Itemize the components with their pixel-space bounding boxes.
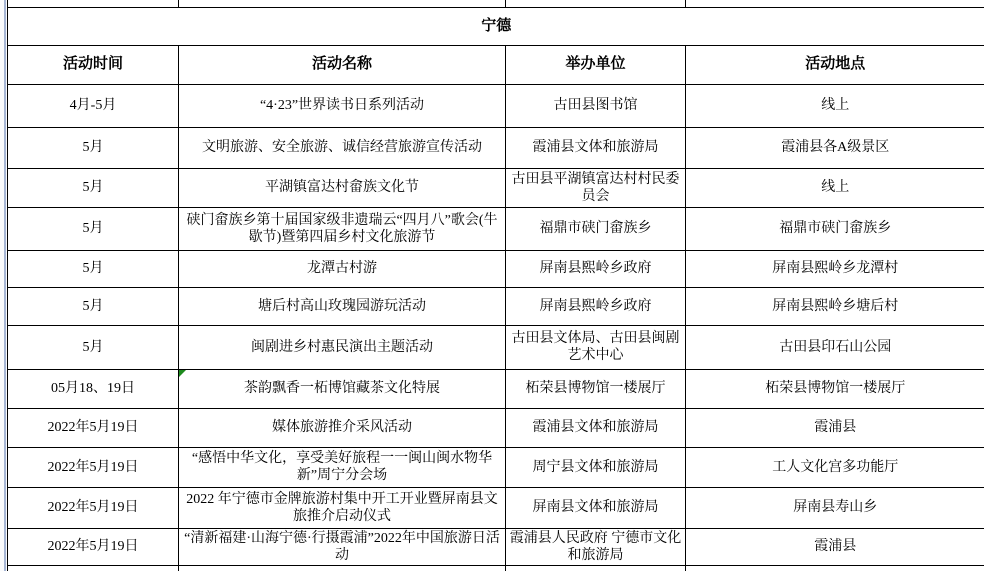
activities-table: 宁德 活动时间 活动名称 举办单位 活动地点 4月-5月 “4·23”世界读书日…: [7, 0, 984, 571]
cell-location[interactable]: 线上: [686, 168, 984, 207]
cell-time[interactable]: 4月-5月: [8, 84, 179, 127]
table-row: 2022年5月19日 2022 年宁德市金牌旅游村集中开工开业暨屏南县文旅推介启…: [8, 487, 984, 528]
cell-empty: [686, 0, 984, 7]
cell-organizer[interactable]: 霞浦县人民政府 宁德市文化和旅游局: [506, 528, 686, 565]
cell-name[interactable]: “4·23”世界读书日系列活动: [179, 84, 506, 127]
sheet-edge-column: [0, 0, 7, 571]
cell-location[interactable]: 霞浦县: [686, 408, 984, 447]
table-row-cutoff-top: [8, 0, 984, 7]
cell-organizer[interactable]: 霞浦县文体和旅游局: [506, 127, 686, 168]
cell-time[interactable]: 5月: [8, 207, 179, 250]
table-row: 5月 塘后村高山玫瑰园游玩活动 屏南县熙岭乡政府 屏南县熙岭乡塘后村: [8, 287, 984, 325]
cell-name[interactable]: 闽剧进乡村惠民演出主题活动: [179, 325, 506, 369]
cell-organizer[interactable]: 周宁县文体和旅游局: [506, 447, 686, 487]
cell-time[interactable]: 5月: [8, 127, 179, 168]
table-row: 5月 闽剧进乡村惠民演出主题活动 古田县文体局、古田县闽剧艺术中心 古田县印石山…: [8, 325, 984, 369]
cell-organizer[interactable]: 福鼎市硖门畲族乡: [506, 207, 686, 250]
table-row: 5月 平湖镇富达村畲族文化节 古田县平湖镇富达村村民委员会 线上: [8, 168, 984, 207]
cell-time[interactable]: 5月: [8, 168, 179, 207]
region-title[interactable]: 宁德: [8, 7, 984, 45]
cell-name[interactable]: 茶韵飘香一柘博馆藏茶文化特展: [179, 369, 506, 408]
cell-time[interactable]: 5月: [8, 287, 179, 325]
cell-location[interactable]: 线上: [686, 84, 984, 127]
cell-empty: [506, 0, 686, 7]
cell-location[interactable]: 古田县印石山公园: [686, 325, 984, 369]
table-row: 2022年5月19日 “感悟中华文化，享受美好旅程一一闽山闽水物华新”周宁分会场…: [8, 447, 984, 487]
table-row: 2022年5月19日 “清新福建·山海宁德·行摄霞浦”2022年中国旅游日活动 …: [8, 528, 984, 565]
sheet-edge-line: [4, 0, 6, 571]
cell-empty: [686, 565, 984, 571]
cell-organizer[interactable]: 柘荣县博物馆一楼展厅: [506, 369, 686, 408]
table-row: 5月 龙潭古村游 屏南县熙岭乡政府 屏南县熙岭乡龙潭村: [8, 250, 984, 287]
cell-empty: [179, 0, 506, 7]
column-header-location[interactable]: 活动地点: [686, 45, 984, 84]
cell-empty: [8, 565, 179, 571]
cell-name[interactable]: 平湖镇富达村畲族文化节: [179, 168, 506, 207]
cell-name[interactable]: 硖门畲族乡第十届国家级非遗瑞云“四月八”歌会(牛歇节)暨第四届乡村文化旅游节: [179, 207, 506, 250]
cell-name[interactable]: 龙潭古村游: [179, 250, 506, 287]
cell-time[interactable]: 5月: [8, 325, 179, 369]
cell-comment-flag-icon: [179, 370, 186, 377]
cell-name[interactable]: 文明旅游、安全旅游、诚信经营旅游宣传活动: [179, 127, 506, 168]
cell-organizer[interactable]: 古田县平湖镇富达村村民委员会: [506, 168, 686, 207]
cell-location[interactable]: 屏南县寿山乡: [686, 487, 984, 528]
cell-location[interactable]: 霞浦县: [686, 528, 984, 565]
cell-organizer[interactable]: 屏南县熙岭乡政府: [506, 287, 686, 325]
table-row: 5月 硖门畲族乡第十届国家级非遗瑞云“四月八”歌会(牛歇节)暨第四届乡村文化旅游…: [8, 207, 984, 250]
table-row: 2022年5月19日 媒体旅游推介采风活动 霞浦县文体和旅游局 霞浦县: [8, 408, 984, 447]
cell-location[interactable]: 福鼎市硖门畲族乡: [686, 207, 984, 250]
cell-organizer[interactable]: 屏南县文体和旅游局: [506, 487, 686, 528]
cell-empty: [506, 565, 686, 571]
table-row-cutoff-bottom: [8, 565, 984, 571]
cell-time[interactable]: 2022年5月19日: [8, 528, 179, 565]
cell-time[interactable]: 5月: [8, 250, 179, 287]
cell-name[interactable]: 塘后村高山玫瑰园游玩活动: [179, 287, 506, 325]
cell-location[interactable]: 工人文化宫多功能厅: [686, 447, 984, 487]
cell-location[interactable]: 屏南县熙岭乡龙潭村: [686, 250, 984, 287]
table-row: 05月18、19日 茶韵飘香一柘博馆藏茶文化特展 柘荣县博物馆一楼展厅 柘荣县博…: [8, 369, 984, 408]
cell-empty: [8, 0, 179, 7]
cell-name[interactable]: “清新福建·山海宁德·行摄霞浦”2022年中国旅游日活动: [179, 528, 506, 565]
header-row: 活动时间 活动名称 举办单位 活动地点: [8, 45, 984, 84]
cell-name[interactable]: 2022 年宁德市金牌旅游村集中开工开业暨屏南县文旅推介启动仪式: [179, 487, 506, 528]
cell-time[interactable]: 2022年5月19日: [8, 408, 179, 447]
column-header-name[interactable]: 活动名称: [179, 45, 506, 84]
cell-empty: [179, 565, 506, 571]
cell-organizer[interactable]: 古田县文体局、古田县闽剧艺术中心: [506, 325, 686, 369]
cell-time[interactable]: 2022年5月19日: [8, 447, 179, 487]
cell-organizer[interactable]: 古田县图书馆: [506, 84, 686, 127]
column-header-organizer[interactable]: 举办单位: [506, 45, 686, 84]
cell-organizer[interactable]: 霞浦县文体和旅游局: [506, 408, 686, 447]
cell-name[interactable]: “感悟中华文化，享受美好旅程一一闽山闽水物华新”周宁分会场: [179, 447, 506, 487]
region-title-row: 宁德: [8, 7, 984, 45]
column-header-time[interactable]: 活动时间: [8, 45, 179, 84]
cell-name[interactable]: 媒体旅游推介采风活动: [179, 408, 506, 447]
table-row: 4月-5月 “4·23”世界读书日系列活动 古田县图书馆 线上: [8, 84, 984, 127]
cell-organizer[interactable]: 屏南县熙岭乡政府: [506, 250, 686, 287]
cell-location[interactable]: 霞浦县各A级景区: [686, 127, 984, 168]
cell-time[interactable]: 05月18、19日: [8, 369, 179, 408]
cell-time[interactable]: 2022年5月19日: [8, 487, 179, 528]
cell-location[interactable]: 屏南县熙岭乡塘后村: [686, 287, 984, 325]
table-row: 5月 文明旅游、安全旅游、诚信经营旅游宣传活动 霞浦县文体和旅游局 霞浦县各A级…: [8, 127, 984, 168]
cell-location[interactable]: 柘荣县博物馆一楼展厅: [686, 369, 984, 408]
